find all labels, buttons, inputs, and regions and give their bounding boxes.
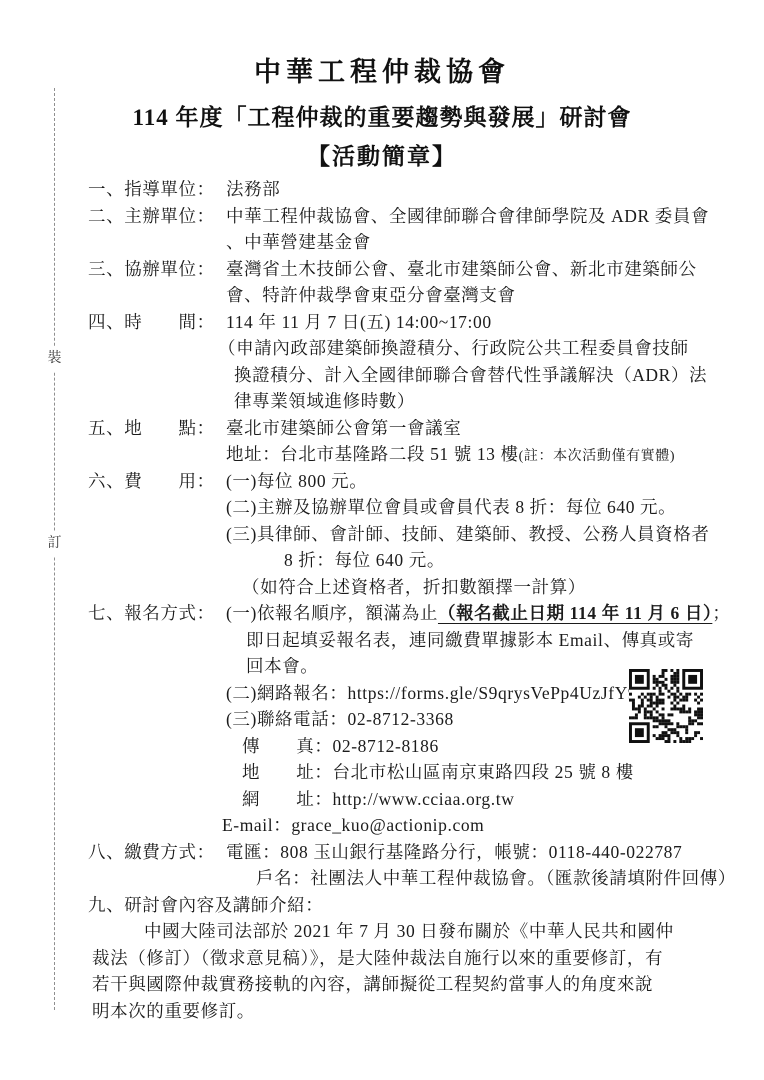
credit-note-3: 律專業領域進修時數）	[234, 391, 415, 411]
postal-address: 台北市松山區南京東路四段 25 號 8 樓	[333, 762, 634, 782]
intro-text-3: 若干與國際仲裁實務接軌的內容，講師擬從工程契約當事人的角度來說	[92, 974, 653, 994]
item-9-intro-heading: 九、研討會內容及講師介紹：	[88, 892, 748, 919]
credit-note-2: 換證積分、計入全國律師聯合會替代性爭議解決（ADR）法	[234, 365, 707, 385]
registration-qr-code	[629, 669, 703, 743]
item-9-intro-p1: 中國大陸司法部於 2021 年 7 月 30 日發布關於《中華人民共和國仲	[88, 918, 748, 945]
venue-note: (註：本次活動僅有實體)	[519, 449, 676, 464]
venue-address: 地址：台北市基隆路二段 51 號 13 樓	[226, 444, 519, 464]
co-organizer-value-2: 會、特許仲裁學會東亞分會臺灣支會	[226, 285, 516, 305]
online-registration-label: (二)網路報名：	[226, 683, 347, 703]
registration-punct: ；	[712, 603, 730, 623]
item-4-time-note-1: （申請內政部建築師換證積分、行政院公共工程委員會技師	[88, 335, 748, 362]
fee-member: (二)主辦及協辦單位會員或會員代表 8 折：每位 640 元。	[226, 497, 676, 517]
item-2-organizer-line-1: 二、主辦單位：中華工程仲裁協會、全國律師聯合會律師學院及 ADR 委員會	[88, 203, 748, 230]
item-6-fee-line-1: 六、費 用：(一)每位 800 元。	[88, 468, 748, 495]
item-9-label: 九、研討會內容及講師介紹：	[88, 895, 323, 915]
item-5-venue-address-line: 地址：台北市基隆路二段 51 號 13 樓(註：本次活動僅有實體)	[88, 441, 748, 468]
item-9-intro-p3: 若干與國際仲裁實務接軌的內容，講師擬從工程契約當事人的角度來說	[88, 971, 748, 998]
organization-title: 中華工程仲裁協會	[0, 50, 764, 89]
item-7-email-line: E-mail：grace_kuo@actionip.com	[88, 812, 748, 839]
bank-info: 電匯：808 玉山銀行基隆路分行，帳號：	[226, 842, 549, 862]
item-1-supervising-unit: 一、指導單位：法務部	[88, 176, 748, 203]
item-3-co-organizer-line-1: 三、協辦單位：臺灣省土木技師公會、臺北市建築師公會、新北市建築師公	[88, 256, 748, 283]
fee-professional-1: (三)具律師、會計師、技師、建築師、教授、公務人員資格者	[226, 524, 709, 544]
fee-standard: (一)每位 800 元。	[226, 471, 367, 491]
venue-name: 臺北市建築師公會第一會議室	[226, 418, 461, 438]
credit-note-1: （申請內政部建築師換證積分、行政院公共工程委員會技師	[218, 338, 689, 358]
registration-order: (一)依報名順序，額滿為止	[226, 603, 438, 623]
intro-text-4: 明本次的重要修訂。	[92, 1001, 255, 1021]
bank-account-number: 0118-440-022787	[549, 842, 683, 862]
email-address: grace_kuo@actionip.com	[291, 815, 484, 835]
item-7-address-line: 地 址：台北市松山區南京東路四段 25 號 8 樓	[88, 759, 748, 786]
document-body: 一、指導單位：法務部二、主辦單位：中華工程仲裁協會、全國律師聯合會律師學院及 A…	[88, 176, 748, 1024]
registration-url: https://forms.gle/S9qrysVePp4UzJfY9	[347, 683, 637, 703]
item-1-label: 一、指導單位：	[88, 176, 226, 203]
seminar-flyer-page: 裝 訂 中華工程仲裁協會 114 年度「工程仲裁的重要趨勢與發展」研討會 【活動…	[0, 0, 764, 1080]
fee-professional-2: 8 折：每位 640 元。	[284, 550, 445, 570]
item-6-fee-line-4: 8 折：每位 640 元。	[88, 547, 748, 574]
qr-code-graphic	[629, 669, 703, 743]
item-6-fee-line-2: (二)主辦及協辦單位會員或會員代表 8 折：每位 640 元。	[88, 494, 748, 521]
item-4-time-line: 四、時 間：114 年 11 月 7 日(五) 14:00~17:00	[88, 309, 748, 336]
item-4-label: 四、時 間：	[88, 309, 226, 336]
item-9-intro-p4: 明本次的重要修訂。	[88, 998, 748, 1025]
account-name: 戶名：社團法人中華工程仲裁協會。（匯款後請填附件回傳）	[256, 868, 736, 888]
item-9-intro-p2: 裁法（修訂）（徵求意見稿）》，是大陸仲裁法自施行以來的重要修訂，有	[88, 945, 748, 972]
website-label: 網 址：	[242, 789, 333, 809]
item-7-registration-line-2: 即日起填妥報名表，連同繳費單據影本 Email、傳真或寄	[88, 627, 748, 654]
binding-word-zhuang: 裝	[46, 347, 63, 371]
event-datetime: 114 年 11 月 7 日(五) 14:00~17:00	[226, 312, 492, 332]
registration-instructions-2: 回本會。	[246, 656, 318, 676]
item-8-label: 八、繳費方式：	[88, 839, 226, 866]
item-2-label: 二、主辦單位：	[88, 203, 226, 230]
event-title: 114 年度「工程仲裁的重要趨勢與發展」研討會	[0, 99, 764, 132]
contact-phone-label: (三)聯絡電話：	[226, 709, 347, 729]
website-url: http://www.cciaa.org.tw	[333, 789, 515, 809]
item-5-label: 五、地 點：	[88, 415, 226, 442]
item-6-label: 六、費 用：	[88, 468, 226, 495]
item-2-organizer-line-2: 、中華營建基金會	[88, 229, 748, 256]
email-label: E-mail：	[222, 815, 291, 835]
item-7-registration-line-1: 七、報名方式：(一)依報名順序，額滿為止（報名截止日期 114 年 11 月 6…	[88, 600, 748, 627]
item-3-label: 三、協辦單位：	[88, 256, 226, 283]
phone-number: 02-8712-3368	[347, 709, 453, 729]
organizer-value-2: 、中華營建基金會	[226, 232, 371, 252]
registration-deadline: （報名截止日期 114 年 11 月 6 日）	[438, 603, 712, 623]
item-6-fee-note: （如符合上述資格者，折扣數額擇一計算）	[88, 574, 748, 601]
item-8-payment-line-1: 八、繳費方式：電匯：808 玉山銀行基隆路分行，帳號：0118-440-0227…	[88, 839, 748, 866]
address-label: 地 址：	[242, 762, 333, 782]
brochure-heading: 【活動簡章】	[0, 138, 764, 171]
organizer-value-1: 中華工程仲裁協會、全國律師聯合會律師學院及 ADR 委員會	[226, 206, 709, 226]
fee-discount-note: （如符合上述資格者，折扣數額擇一計算）	[242, 577, 586, 597]
item-7-website-line: 網 址：http://www.cciaa.org.tw	[88, 786, 748, 813]
item-8-payment-line-2: 戶名：社團法人中華工程仲裁協會。（匯款後請填附件回傳）	[88, 865, 748, 892]
item-3-co-organizer-line-2: 會、特許仲裁學會東亞分會臺灣支會	[88, 282, 748, 309]
item-7-label: 七、報名方式：	[88, 600, 226, 627]
item-4-time-note-2: 換證積分、計入全國律師聯合會替代性爭議解決（ADR）法	[88, 362, 748, 389]
intro-text-1: 中國大陸司法部於 2021 年 7 月 30 日發布關於《中華人民共和國仲	[144, 921, 674, 941]
supervising-unit-value: 法務部	[226, 179, 280, 199]
item-5-venue-line: 五、地 點：臺北市建築師公會第一會議室	[88, 415, 748, 442]
binding-word-ding: 訂	[46, 532, 63, 556]
fax-number: 02-8712-8186	[333, 736, 439, 756]
item-4-time-note-3: 律專業領域進修時數）	[88, 388, 748, 415]
co-organizer-value-1: 臺灣省土木技師公會、臺北市建築師公會、新北市建築師公	[226, 259, 697, 279]
item-6-fee-line-3: (三)具律師、會計師、技師、建築師、教授、公務人員資格者	[88, 521, 748, 548]
registration-instructions-1: 即日起填妥報名表，連同繳費單據影本 Email、傳真或寄	[246, 630, 694, 650]
fax-label: 傳 真：	[242, 736, 333, 756]
intro-text-2: 裁法（修訂）（徵求意見稿）》，是大陸仲裁法自施行以來的重要修訂，有	[92, 948, 663, 968]
